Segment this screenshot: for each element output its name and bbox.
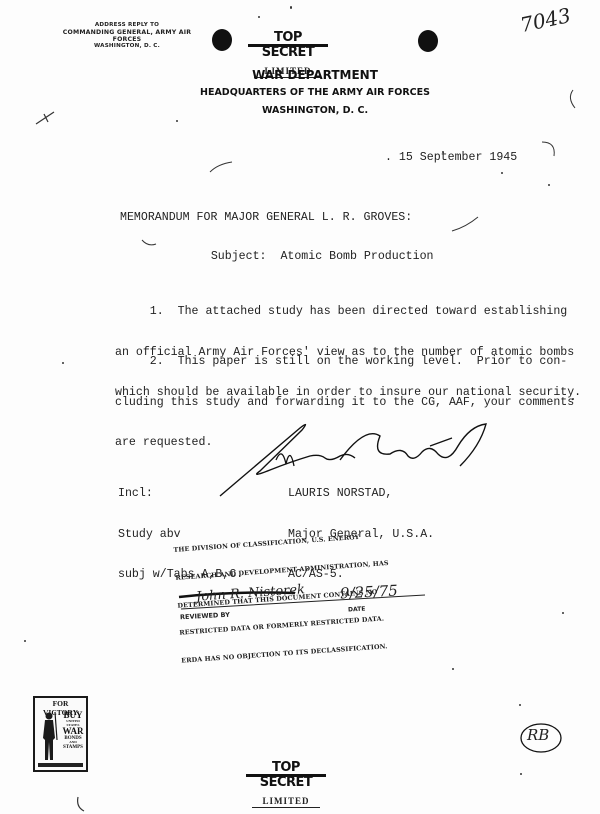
classification-footer: TOP SECRET LIMITED bbox=[246, 760, 326, 809]
paragraph-1-line: 1. The attached study has been directed … bbox=[115, 305, 581, 319]
reply-to-addressee: COMMANDING GENERAL, ARMY AIR FORCES bbox=[52, 29, 202, 43]
classification-struck: TOP SECRET bbox=[248, 30, 328, 60]
minuteman-icon bbox=[39, 710, 61, 766]
stamp-line: THE DIVISION OF CLASSIFICATION, U.S. ENE… bbox=[173, 531, 393, 556]
stamp-line: RESEARCH AND DEVELOPMENT ADMINISTRATION,… bbox=[175, 559, 395, 584]
footer-classification-limited: LIMITED bbox=[252, 796, 319, 808]
paragraph-2-line: 2. This paper is still on the working le… bbox=[115, 355, 574, 369]
reply-to-label: ADDRESS REPLY TO bbox=[52, 22, 202, 29]
reply-to-block: ADDRESS REPLY TO COMMANDING GENERAL, ARM… bbox=[52, 22, 202, 50]
subject-label: Subject: bbox=[211, 250, 267, 263]
poster-text: BUY UNITED STATES WAR BONDS AND STAMPS bbox=[59, 711, 87, 750]
reply-to-city: WASHINGTON, D. C. bbox=[52, 43, 202, 50]
date-label: DATE bbox=[348, 606, 366, 614]
paragraph-2-line: cluding this study and forwarding it to … bbox=[115, 396, 574, 410]
handwritten-doc-number: 7043 bbox=[518, 3, 573, 37]
stamp-line: ERDA HAS NO OBJECTION TO ITS DECLASSIFIC… bbox=[181, 641, 401, 666]
pen-mark-date bbox=[540, 140, 560, 162]
pen-mark-subject bbox=[140, 238, 160, 248]
pen-mark-mid bbox=[208, 160, 234, 174]
poster-stamps: STAMPS bbox=[59, 745, 87, 750]
headquarters-title: HEADQUARTERS OF THE ARMY AIR FORCES bbox=[180, 87, 450, 98]
poster-war: WAR bbox=[59, 727, 87, 736]
punch-hole-right bbox=[418, 30, 438, 52]
initials-text: RB bbox=[527, 726, 549, 744]
war-bonds-poster: FOR VICTORY BUY UNITED STATES WAR BONDS … bbox=[33, 696, 88, 772]
pen-mark-right bbox=[565, 88, 579, 110]
punch-hole-left bbox=[212, 29, 232, 51]
pen-mark-left bbox=[34, 108, 58, 128]
review-date: 9/25/75 bbox=[340, 581, 399, 602]
document-page: ADDRESS REPLY TO COMMANDING GENERAL, ARM… bbox=[0, 0, 600, 814]
poster-base bbox=[38, 763, 83, 767]
subject-text: Atomic Bomb Production bbox=[280, 250, 433, 263]
location-title: WASHINGTON, D. C. bbox=[230, 105, 400, 116]
memo-date: . 15 September 1945 bbox=[385, 151, 517, 165]
department-title: WAR DEPARTMENT bbox=[240, 68, 390, 82]
footer-classification-struck: TOP SECRET bbox=[246, 760, 326, 790]
pen-mark-bottom bbox=[74, 795, 92, 813]
memo-addressee: MEMORANDUM FOR MAJOR GENERAL L. R. GROVE… bbox=[120, 211, 412, 225]
signer-name: LAURIS NORSTAD, bbox=[288, 487, 434, 501]
memo-subject-line: Subject: Atomic Bomb Production bbox=[183, 236, 434, 277]
pen-mark-addr bbox=[450, 215, 480, 233]
